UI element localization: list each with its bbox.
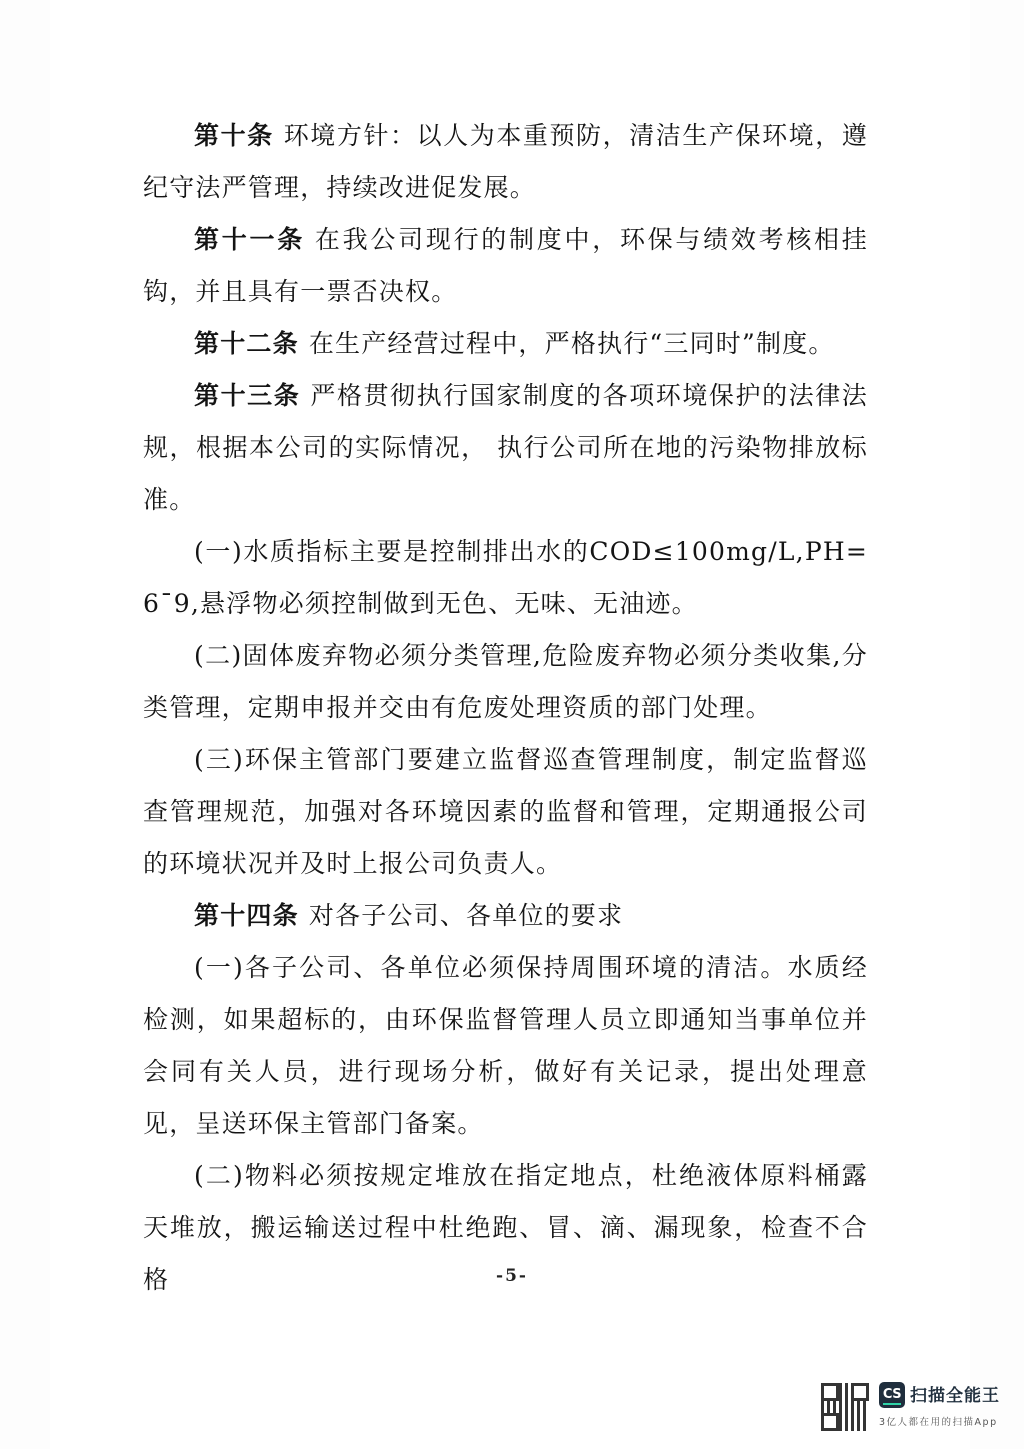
- item-text: (三)环保主管部门要建立监督巡查管理制度，制定监督巡查管理规范，加强对各环境因素…: [143, 745, 868, 878]
- article-heading: 第十三条: [194, 381, 300, 410]
- article-14-item-1: (一)各子公司、各单位必须保持周围环境的清洁。水质经检测，如果超标的，由环保监督…: [143, 942, 868, 1150]
- article-heading: 第十条: [194, 121, 274, 150]
- article-text: 在生产经营过程中，严格执行“三同时”制度。: [309, 329, 835, 358]
- qr-code-icon: [821, 1383, 869, 1431]
- article-13: 第十三条严格贯彻执行国家制度的各项环境保护的法律法规，根据本公司的实际情况， 执…: [143, 370, 868, 526]
- document-body: 第十条环境方针：以人为本重预防，清洁生产保环境，遵纪守法严管理，持续改进促发展。…: [143, 110, 868, 1306]
- article-10: 第十条环境方针：以人为本重预防，清洁生产保环境，遵纪守法严管理，持续改进促发展。: [143, 110, 868, 214]
- scanner-watermark: CS 扫描全能王 3亿人都在用的扫描App: [818, 1378, 1018, 1438]
- camscanner-logo-icon: CS: [879, 1382, 905, 1408]
- article-heading: 第十一条: [194, 225, 305, 254]
- article-heading: 第十四条: [194, 901, 299, 930]
- article-14: 第十四条对各子公司、各单位的要求: [143, 890, 868, 942]
- article-13-item-3: (三)环保主管部门要建立监督巡查管理制度，制定监督巡查管理规范，加强对各环境因素…: [143, 734, 868, 890]
- article-text: 对各子公司、各单位的要求: [309, 901, 623, 930]
- article-13-item-1: (一)水质指标主要是控制排出水的COD≤100mg/L,PH=6¯9,悬浮物必须…: [143, 526, 868, 630]
- item-text: (一)水质指标主要是控制排出水的COD≤100mg/L,PH=6¯9,悬浮物必须…: [143, 537, 868, 618]
- app-tagline: 3亿人都在用的扫描App: [879, 1414, 998, 1428]
- article-13-item-2: (二)固体废弃物必须分类管理,危险废弃物必须分类收集,分类管理，定期申报并交由有…: [143, 630, 868, 734]
- article-11: 第十一条在我公司现行的制度中，环保与绩效考核相挂钩，并且具有一票否决权。: [143, 214, 868, 318]
- item-text: (二)固体废弃物必须分类管理,危险废弃物必须分类收集,分类管理，定期申报并交由有…: [143, 641, 868, 722]
- app-name: 扫描全能王: [910, 1381, 1000, 1406]
- scanned-page: 第十条环境方针：以人为本重预防，清洁生产保环境，遵纪守法严管理，持续改进促发展。…: [0, 0, 1024, 1449]
- page-number: -5-: [0, 1266, 1024, 1286]
- article-heading: 第十二条: [194, 329, 299, 358]
- article-12: 第十二条在生产经营过程中，严格执行“三同时”制度。: [143, 318, 868, 370]
- item-text: (一)各子公司、各单位必须保持周围环境的清洁。水质经检测，如果超标的，由环保监督…: [143, 953, 868, 1138]
